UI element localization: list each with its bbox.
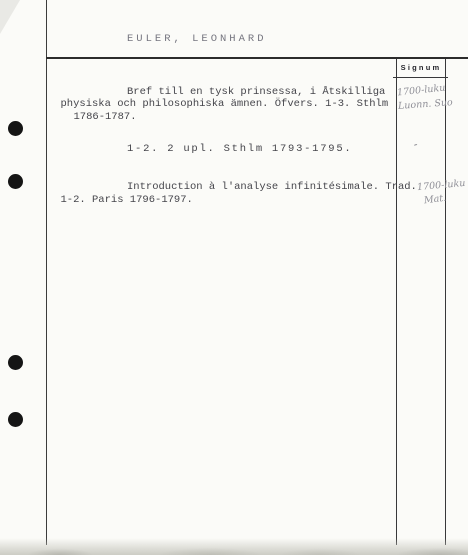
- entry-line: 1-2. Paris 1796-1797.: [61, 194, 193, 206]
- entry-line: 1-2. 2 upl. Sthlm 1793-1795.: [127, 143, 352, 155]
- scan-corner-artifact: [0, 0, 20, 34]
- catalog-card-scan: EULER, LEONHARD Signum Bref till en tysk…: [0, 0, 468, 555]
- signum-note: Mat.: [423, 193, 446, 207]
- signum-column-header: Signum: [397, 63, 445, 72]
- signum-note: 1700-luku: [417, 178, 466, 193]
- ditto-mark: ″: [414, 144, 417, 154]
- card-left-margin-line: [46, 0, 47, 545]
- signum-header-underline: [393, 77, 448, 78]
- punch-hole: [8, 121, 23, 136]
- header-rule: [46, 57, 468, 60]
- punch-hole: [8, 412, 23, 427]
- signum-note: 1700-luku: [397, 82, 446, 98]
- punch-hole: [8, 174, 23, 189]
- entry-line: Bref till en tysk prinsessa, i Åtskillig…: [127, 86, 385, 98]
- punch-hole: [8, 355, 23, 370]
- entry-line: 1786-1787.: [74, 111, 137, 123]
- scan-bottom-edge: [0, 538, 468, 555]
- author-heading: EULER, LEONHARD: [127, 33, 267, 45]
- entry-line: physiska och philosophiska ämnen. Öfvers…: [61, 98, 389, 110]
- signum-column-left-border: [396, 59, 397, 545]
- entry-line: Introduction à l'analyse infinitésimale.…: [127, 181, 417, 193]
- signum-column-right-border: [445, 59, 446, 545]
